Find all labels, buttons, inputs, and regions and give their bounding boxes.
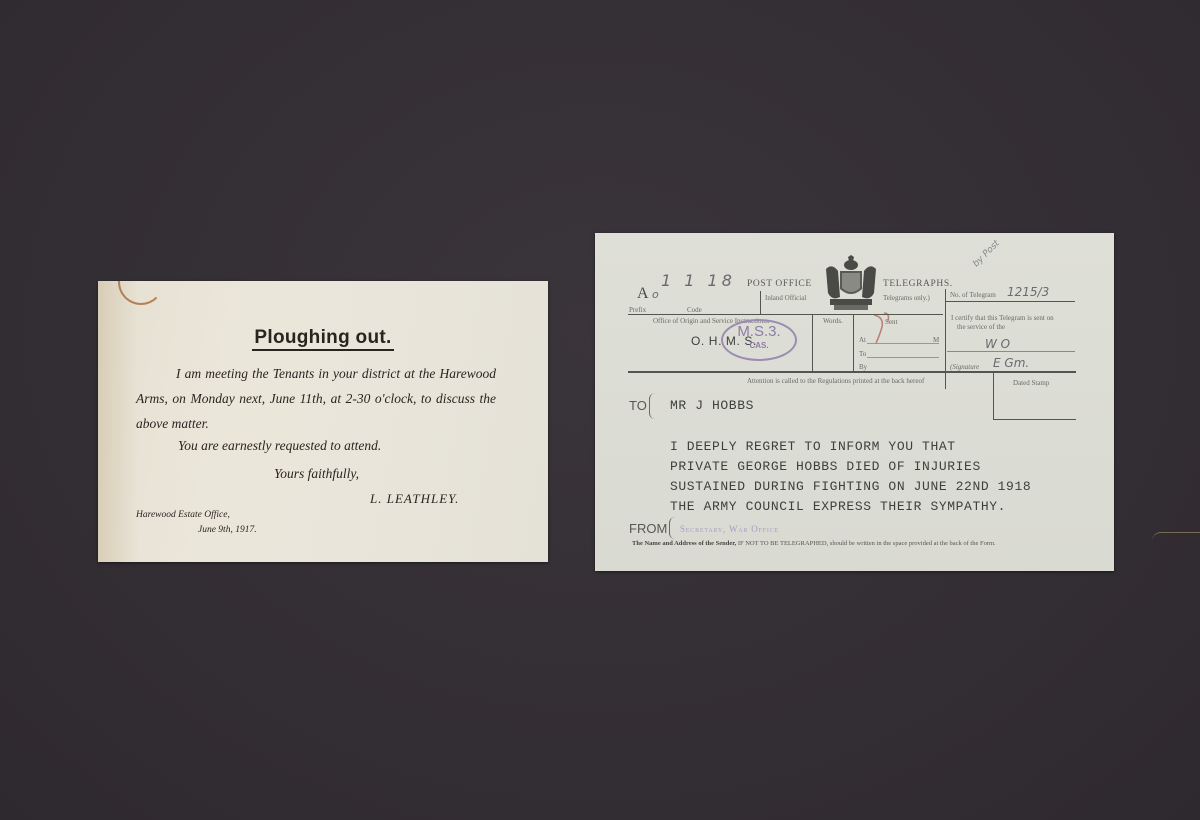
notice-paragraph-2: You are earnestly requested to attend.: [178, 438, 381, 454]
notice-body: I am meeting the Tenants in your distric…: [136, 361, 496, 436]
paper-age-shading: [98, 281, 138, 562]
message-line-2: PRIVATE GEORGE HOBBS DIED OF INJURIES: [670, 459, 981, 474]
notice-title: Ploughing out.: [98, 327, 548, 349]
telegraphs-heading: TELEGRAPHS.: [883, 279, 953, 289]
inland-official-label: Inland Official: [765, 294, 806, 302]
recipient-name: MR J HOBBS: [670, 398, 754, 413]
certify-service-value: W O: [985, 337, 1010, 351]
divider: [628, 314, 943, 315]
from-brace: [669, 517, 676, 539]
divider: [867, 357, 939, 358]
telegram-corner-note: by Post: [971, 239, 1001, 269]
ms3-ink-stamp: M.S.3. CAS.: [721, 319, 797, 361]
divider: [812, 315, 813, 371]
divider: [993, 419, 1076, 420]
dated-stamp-label: Dated Stamp: [1013, 379, 1049, 387]
notice-paragraph-1: I am meeting the Tenants in your distric…: [136, 361, 496, 436]
telegram-ref-prefix: A: [637, 285, 649, 303]
notice-closing: Yours faithfully,: [274, 466, 359, 482]
no-of-telegram-label: No. of Telegram: [950, 291, 996, 299]
to-label: TO: [629, 398, 647, 413]
signature-label: (Signature: [950, 363, 979, 371]
divider: [853, 315, 854, 371]
certify-text-2: the service of the: [957, 323, 1005, 331]
signature-value: E Gm.: [993, 356, 1029, 370]
ploughing-notice-card: Ploughing out. I am meeting the Tenants …: [98, 281, 548, 562]
notice-signature: L. LEATHLEY.: [370, 491, 459, 507]
sender-footnote: The Name and Address of the Sender, IF N…: [632, 540, 996, 547]
divider: [947, 351, 1075, 352]
message-line-4: THE ARMY COUNCIL EXPRESS THEIR SYMPATHY.: [670, 499, 1006, 514]
stray-fiber: [1152, 532, 1200, 541]
notice-date: June 9th, 1917.: [136, 523, 257, 538]
message-line-3: SUSTAINED DURING FIGHTING ON JUNE 22ND 1…: [670, 479, 1031, 494]
attention-notice: Attention is called to the Regulations p…: [747, 377, 924, 385]
prefix-label: Prefix: [629, 306, 646, 314]
to-time-label: To: [859, 350, 866, 358]
divider: [867, 343, 939, 344]
certify-text-1: I certify that this Telegram is sent on: [951, 314, 1054, 322]
code-label: Code: [687, 306, 702, 314]
sender-value: Secretary, War Office: [680, 524, 779, 534]
to-brace: [649, 393, 656, 419]
no-of-telegram-value: 1215/3: [1007, 285, 1049, 299]
telegram-ref-o: o: [652, 288, 659, 301]
from-label: FROM: [629, 521, 667, 536]
notice-office-block: Harewood Estate Office, June 9th, 1917.: [136, 508, 257, 538]
telegram-card: A o 1 1 18 by Post POST OFFICE TELEGRAPH…: [595, 233, 1114, 571]
divider: [993, 372, 994, 420]
royal-coat-of-arms-icon: [824, 255, 878, 311]
by-label: By: [859, 363, 867, 371]
divider: [628, 371, 1076, 373]
red-pencil-mark: [870, 311, 900, 345]
at-label: At: [859, 336, 866, 344]
telegrams-only-label: Telegrams only.): [883, 294, 930, 302]
sent-label: Sent: [885, 318, 897, 326]
telegram-handwritten-date: 1 1 18: [661, 271, 736, 290]
divider: [945, 301, 1075, 302]
divider: [945, 289, 946, 389]
notice-office: Harewood Estate Office,: [136, 510, 230, 520]
post-office-heading: POST OFFICE: [747, 279, 812, 289]
words-label: Words.: [823, 317, 843, 325]
divider: [760, 291, 761, 315]
message-line-1: I DEEPLY REGRET TO INFORM YOU THAT: [670, 439, 956, 454]
